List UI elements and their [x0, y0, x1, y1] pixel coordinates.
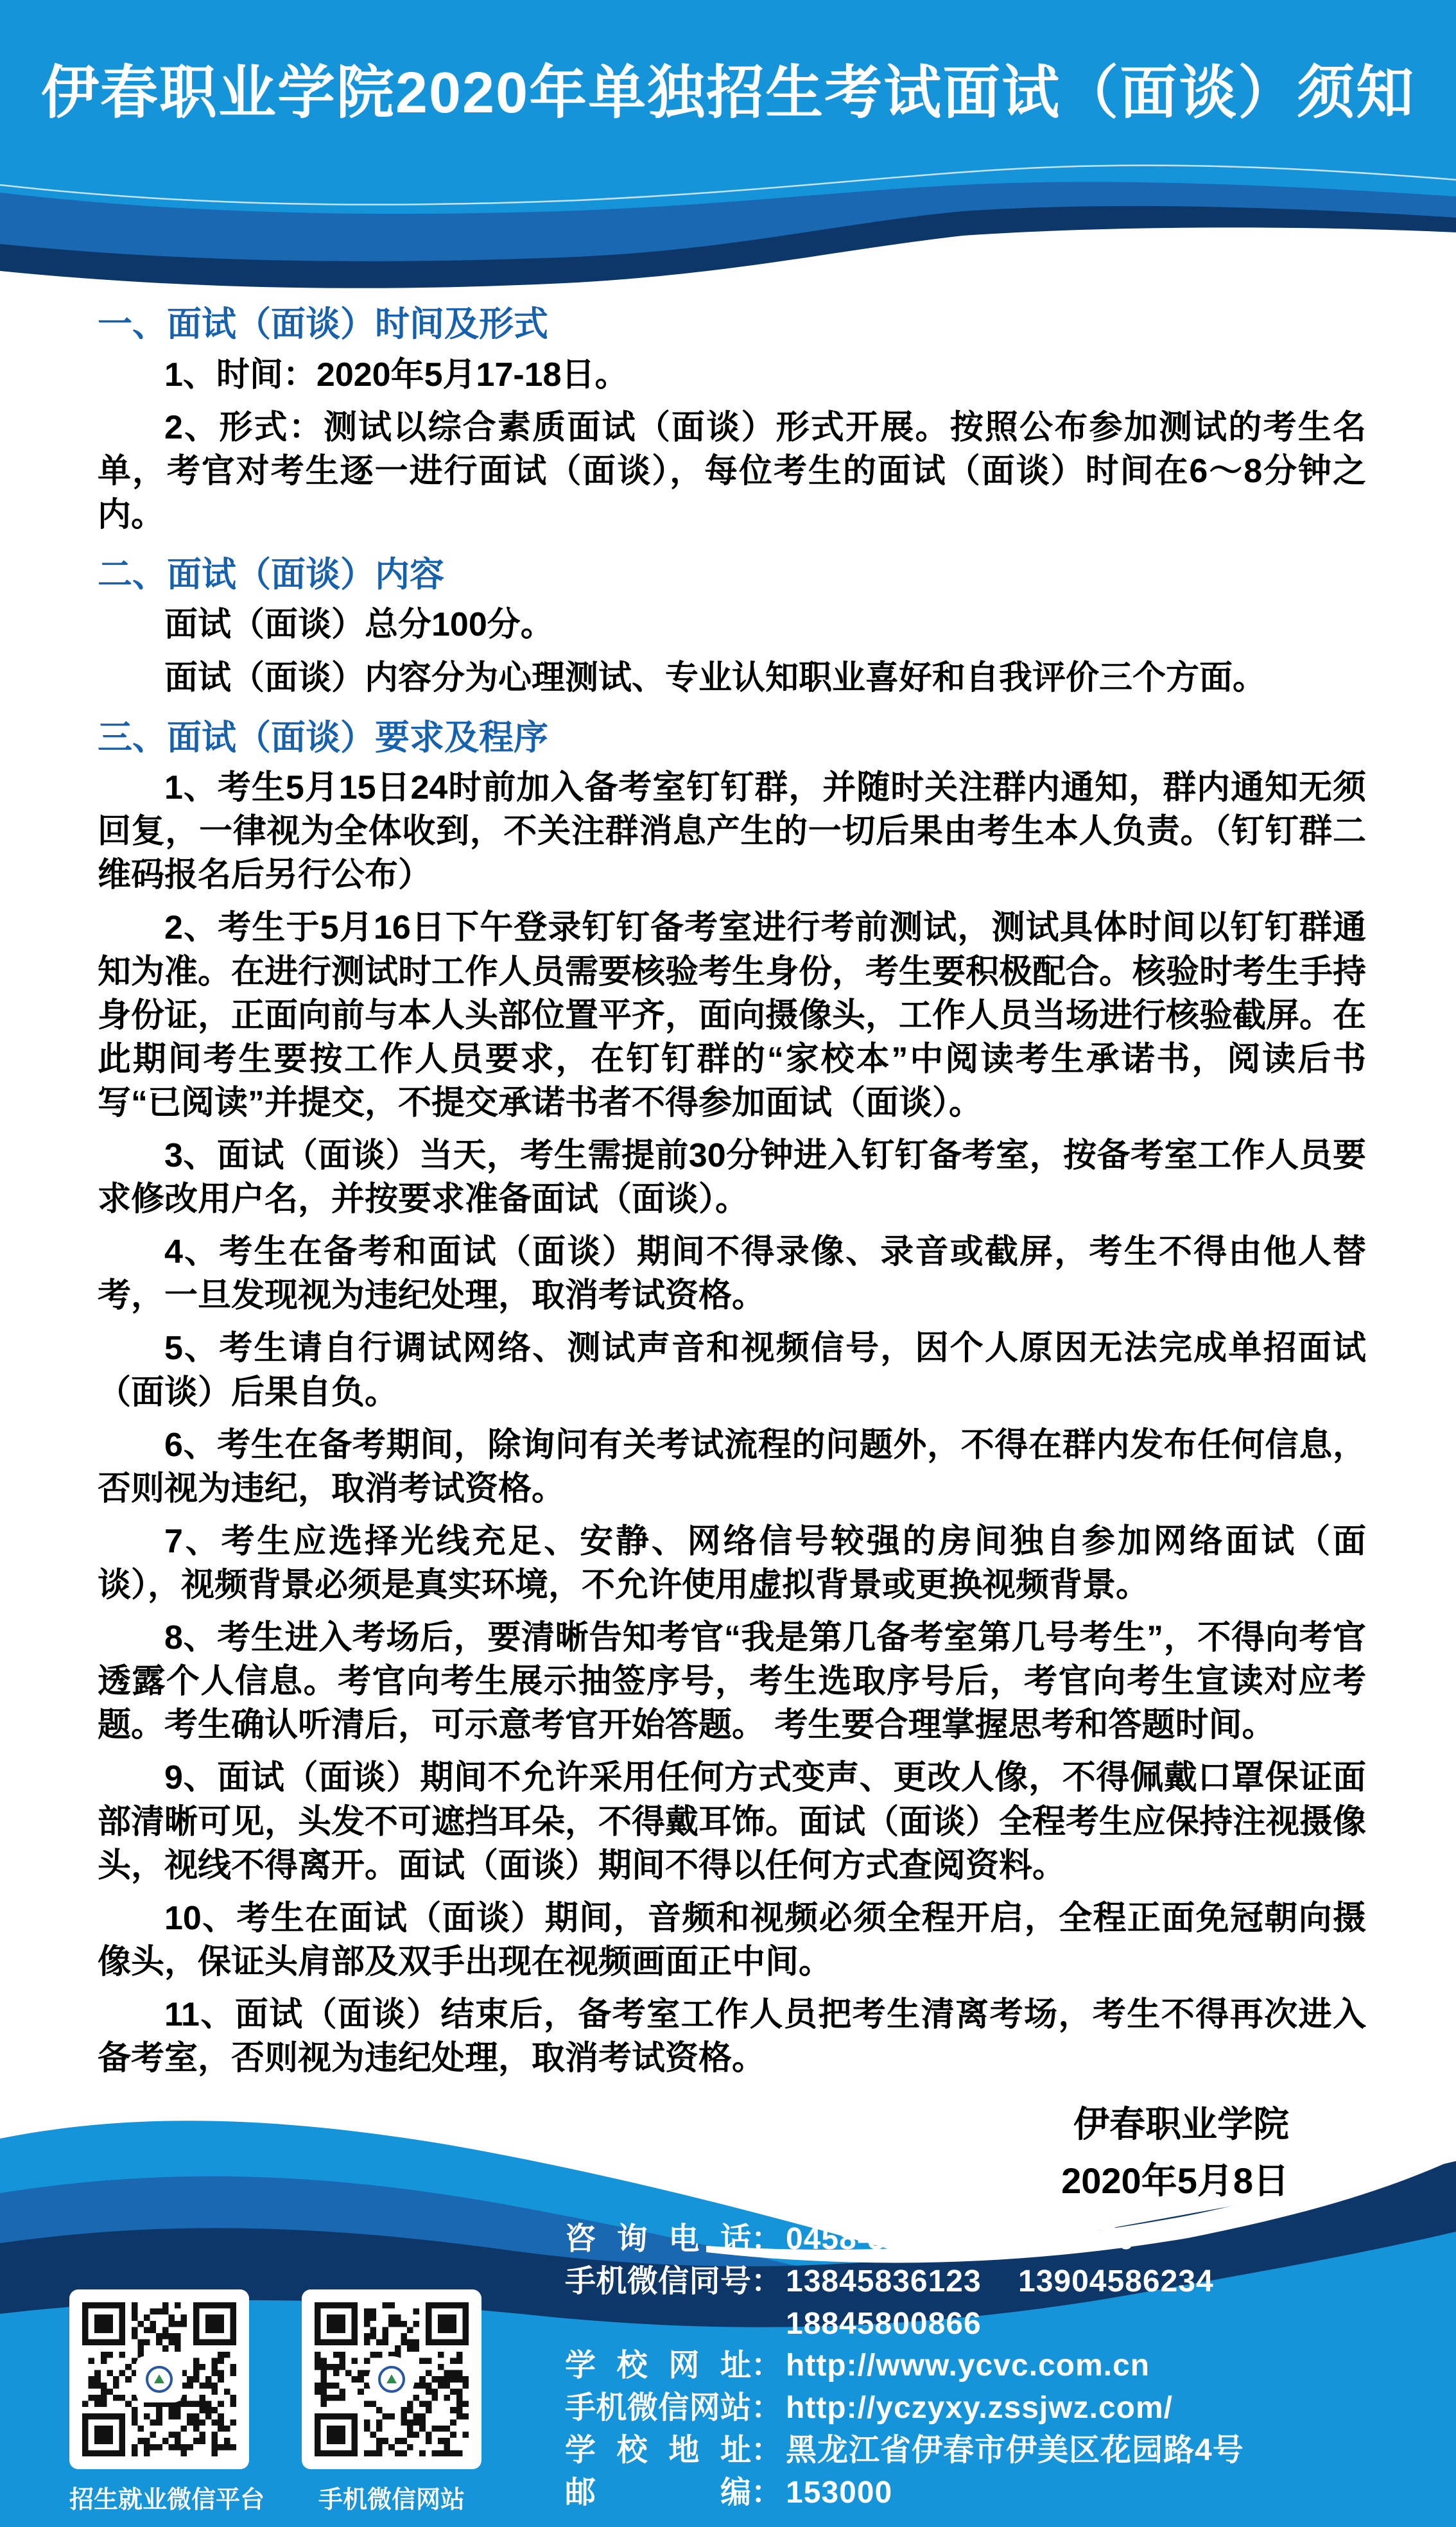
contact-row: 邮编：153000 [565, 2476, 1244, 2510]
notice-paragraph: 1、考生5月15日24时前加入备考室钉钉群，并随时关注群内通知，群内通知无须回复… [98, 766, 1366, 897]
contact-label: 咨询电话 [565, 2222, 751, 2257]
notice-paragraph: 6、考生在备考期间，除询问有关考试流程的问题外，不得在群内发布任何信息，否则视为… [98, 1423, 1366, 1511]
school-emblem-icon [378, 2366, 405, 2393]
contact-colon: ： [751, 2476, 782, 2510]
qr-center-logo [370, 2358, 413, 2401]
contact-label: 邮编 [565, 2476, 751, 2510]
contact-colon: ： [751, 2349, 782, 2383]
notice-paragraph: 2、形式：测试以综合素质面试（面谈）形式开展。按照公布参加测试的考生名单，考官对… [98, 406, 1366, 537]
section-heading: 二、面试（面谈）内容 [98, 553, 1366, 597]
notice-paragraph: 7、考生应选择光线充足、安静、网络信号较强的房间独自参加网络面试（面谈），视频背… [98, 1520, 1366, 1607]
section-heading: 三、面试（面谈）要求及程序 [98, 716, 1366, 760]
header-banner: 伊春职业学院2020年单独招生考试面试（面谈）须知 [0, 0, 1456, 289]
contact-row: 咨询电话：0458-3769086 3769070 [565, 2222, 1244, 2257]
notice-paragraph: 1、时间：2020年5月17-18日。 [98, 353, 1366, 397]
notice-paragraph: 8、考生进入考场后，要清晰告知考官“我是第几备考室第几号考生”，不得向考官透露个… [98, 1616, 1366, 1747]
section-heading: 一、面试（面谈）时间及形式 [98, 303, 1366, 347]
qr-code-label: 手机微信网站 [302, 2479, 481, 2515]
contact-row: 学校网址：http://www.ycvc.com.cn [565, 2349, 1244, 2383]
notice-paragraph: 2、考生于5月16日下午登录钉钉备考室进行考前测试，测试具体时间以钉钉群通知为准… [98, 906, 1366, 1125]
qr-code-image [302, 2289, 481, 2469]
page-title: 伊春职业学院2020年单独招生考试面试（面谈）须知 [0, 0, 1456, 125]
contact-value: 0458-3769086 3769070 [786, 2222, 1135, 2257]
qr-codes: 招生就业微信平台手机微信网站 [69, 2289, 519, 2515]
notice-paragraph: 10、考生在面试（面谈）期间，音频和视频必须全程开启，全程正面免冠朝向摄像头，保… [98, 1897, 1366, 1984]
notice-paragraph: 11、面试（面谈）结束后，备考室工作人员把考生清离考场，考生不得再次进入备考室，… [98, 1993, 1366, 2080]
contact-label: 学校地址 [565, 2433, 751, 2468]
signature-org: 伊春职业学院 [98, 2102, 1289, 2147]
contact-value: 153000 [786, 2476, 892, 2510]
contact-colon: ： [751, 2264, 782, 2299]
qr-center-logo [138, 2358, 180, 2401]
notice-paragraph: 面试（面谈）内容分为心理测试、专业认知职业喜好和自我评价三个方面。 [98, 656, 1366, 700]
qr-code-block: 手机微信网站 [302, 2289, 481, 2515]
qr-code-image [69, 2289, 249, 2469]
contact-row: 邮：18845800866 [565, 2307, 1244, 2341]
notice-paragraph: 3、面试（面谈）当天，考生需提前30分钟进入钉钉备考室，按备考室工作人员要求修改… [98, 1134, 1366, 1221]
contact-info: 咨询电话：0458-3769086 3769070手机微信同号：13845836… [565, 2222, 1244, 2517]
contact-row: 手机微信网站：http://yczyxy.zssjwz.com/ [565, 2391, 1244, 2426]
contact-value: 13845836123 13904586234 [786, 2264, 1214, 2299]
qr-code-block: 招生就业微信平台 [69, 2289, 264, 2515]
notice-body: 一、面试（面谈）时间及形式1、时间：2020年5月17-18日。2、形式：测试以… [0, 289, 1456, 2203]
notice-paragraph: 4、考生在备考和面试（面谈）期间不得录像、录音或截屏，考生不得由他人替考，一旦发… [98, 1230, 1366, 1317]
contact-value: http://www.ycvc.com.cn [786, 2349, 1150, 2383]
contact-colon: ： [751, 2433, 782, 2468]
contact-label: 手机微信网站 [565, 2391, 751, 2426]
contact-label: 手机微信同号 [565, 2264, 751, 2299]
contact-row: 手机微信同号：13845836123 13904586234 [565, 2264, 1244, 2299]
notice-paragraph: 9、面试（面谈）期间不允许采用任何方式变声、更改人像，不得佩戴口罩保证面部清晰可… [98, 1756, 1366, 1887]
contact-value: 18845800866 [786, 2307, 982, 2341]
contact-label: 学校网址 [565, 2349, 751, 2383]
contact-value: 黑龙江省伊春市伊美区花园路4号 [786, 2433, 1244, 2468]
contact-value: http://yczyxy.zssjwz.com/ [786, 2391, 1173, 2426]
notice-paragraph: 面试（面谈）总分100分。 [98, 603, 1366, 647]
qr-code-label: 招生就业微信平台 [69, 2479, 264, 2515]
contact-colon: ： [751, 2222, 782, 2257]
contact-colon: ： [751, 2391, 782, 2426]
signature-block: 伊春职业学院 2020年5月8日 [98, 2102, 1366, 2203]
contact-row: 学校地址：黑龙江省伊春市伊美区花园路4号 [565, 2433, 1244, 2468]
sections-container: 一、面试（面谈）时间及形式1、时间：2020年5月17-18日。2、形式：测试以… [98, 303, 1366, 2080]
school-emblem-icon [146, 2366, 173, 2393]
header-hairline [0, 166, 1456, 205]
signature-date: 2020年5月8日 [98, 2158, 1289, 2203]
notice-paragraph: 5、考生请自行调试网络、测试声音和视频信号，因个人原因无法完成单招面试（面谈）后… [98, 1326, 1366, 1414]
notice-poster: 伊春职业学院2020年单独招生考试面试（面谈）须知 一、面试（面谈）时间及形式1… [0, 0, 1456, 2527]
